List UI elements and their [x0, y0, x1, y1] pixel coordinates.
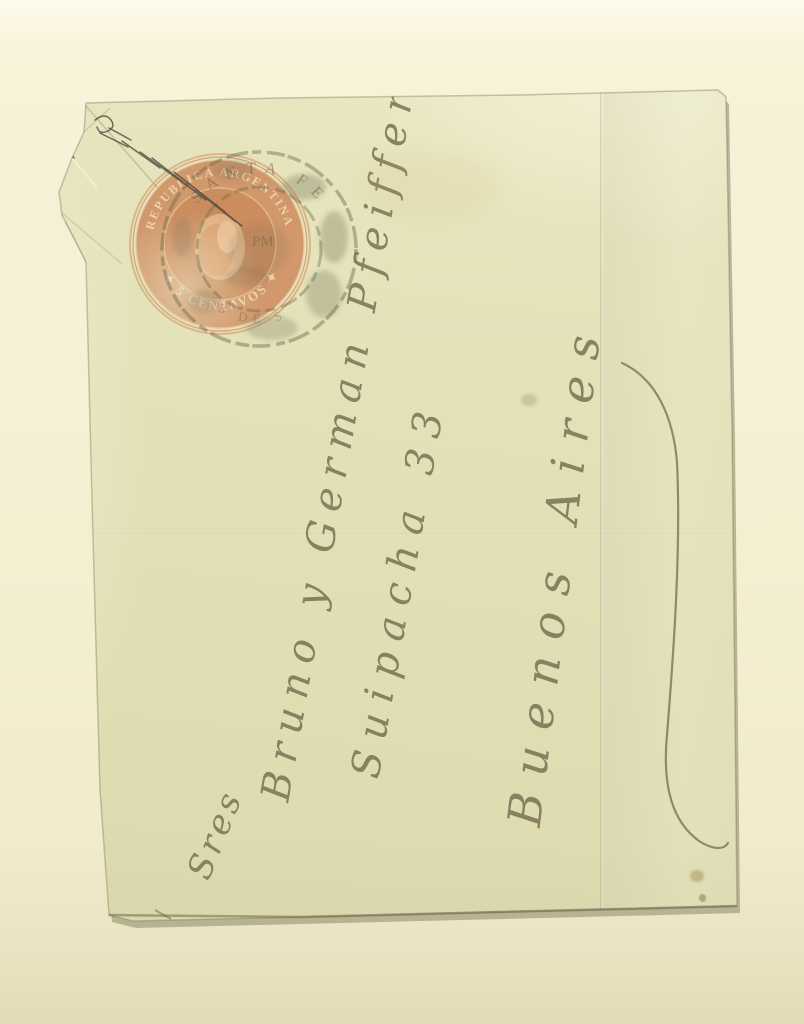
- photo-background: REPUBLICA ARGENTINA ✦ ✦ 5 CENTAVOS ✦: [0, 0, 804, 1024]
- torn-corner: [59, 90, 737, 921]
- bottom-edge-shade: [109, 906, 737, 917]
- envelope-outline: [0, 0, 804, 1024]
